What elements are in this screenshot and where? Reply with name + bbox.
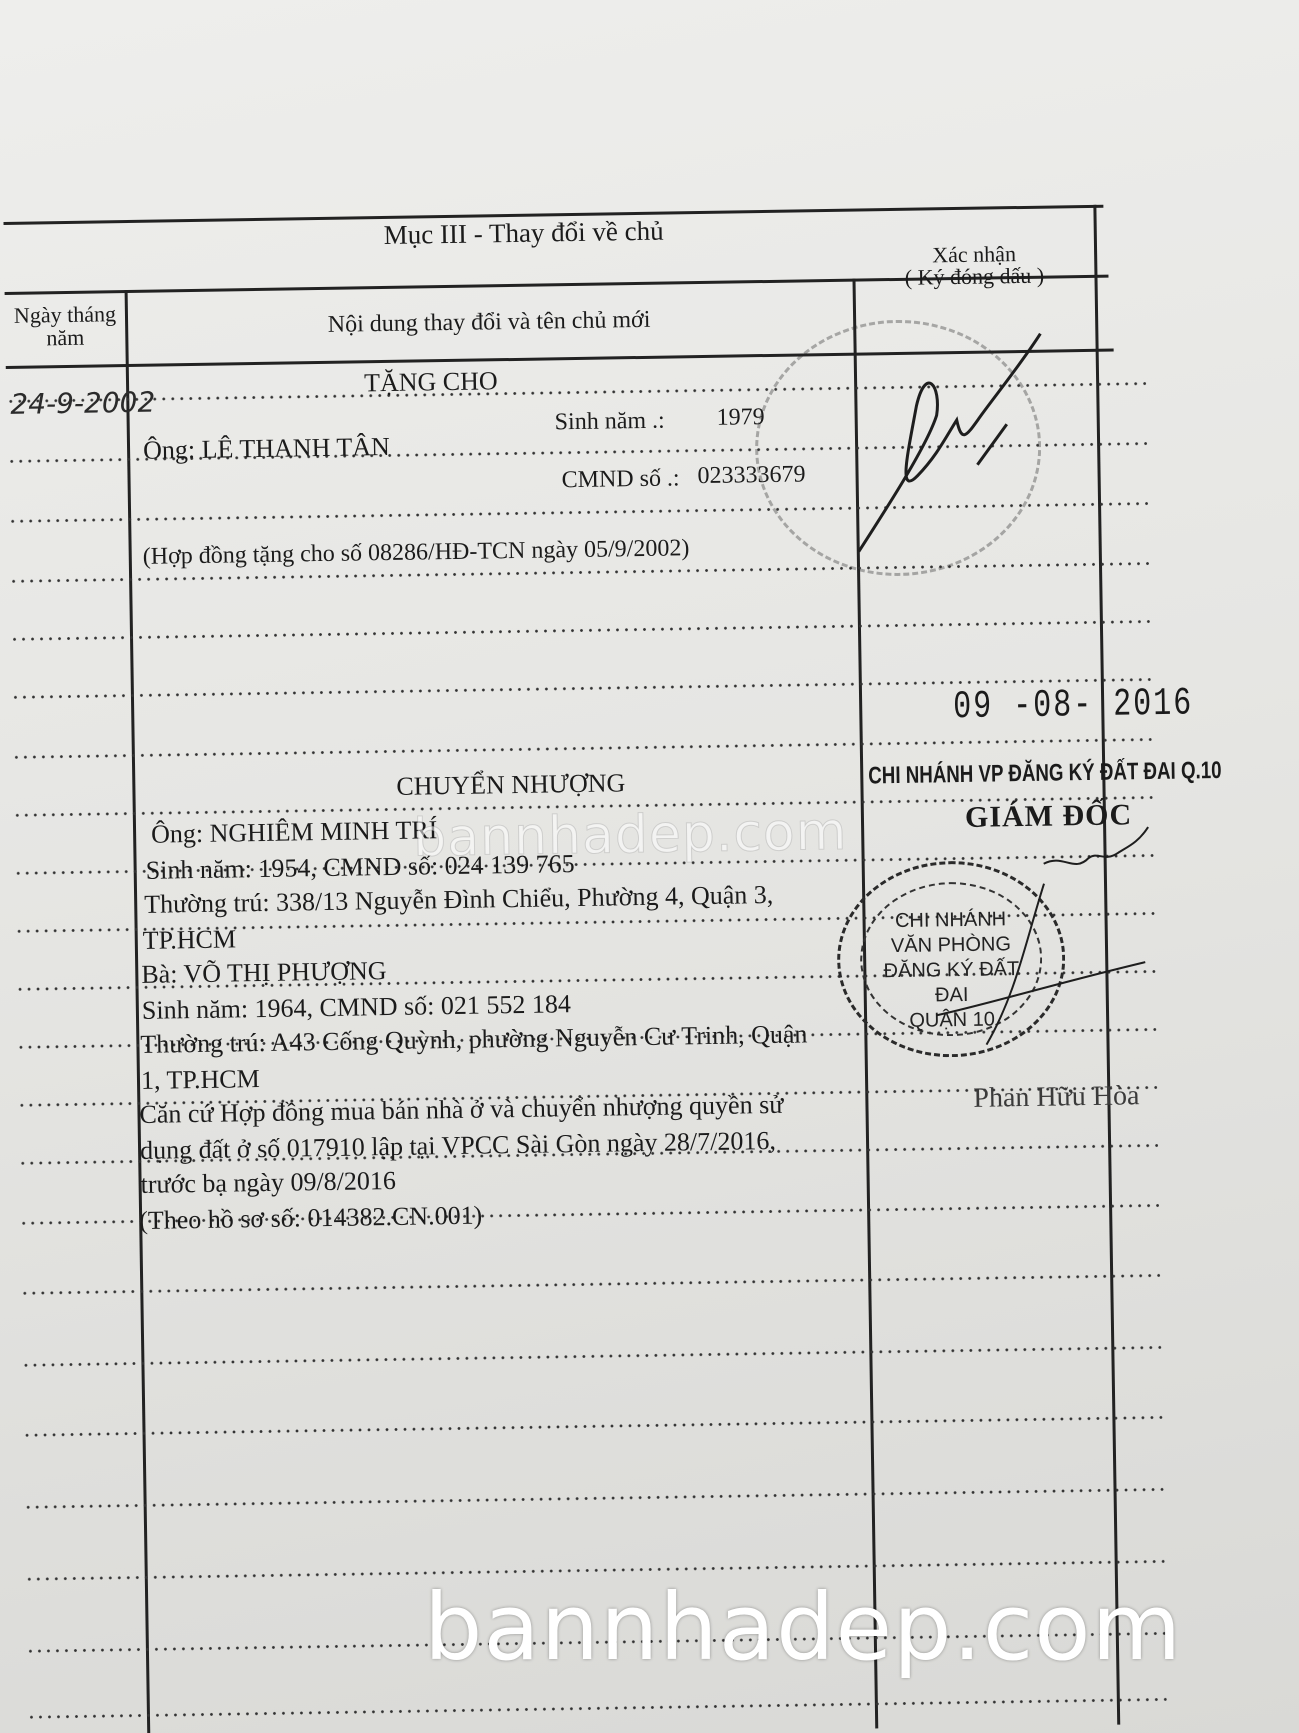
watermark-large: bannhadep.com [424,1574,1182,1681]
entry2-line: Sinh năm: 1964, CMND số: 021 552 184 [142,989,571,1026]
signature-1 [845,324,1049,557]
stamp-date: 09 -08- 2016 [953,682,1194,730]
entry2-line: trước bạ ngày 09/8/2016 [140,1166,396,1200]
entry1-birth-label: Sinh năm .: [554,408,664,437]
dotted-row-line [24,1488,1164,1509]
column-header-content: Nội dung thay đổi và tên chủ mới [125,305,853,342]
entry2-line: Căn cứ Hợp đồng mua bán nhà ở và chuyển … [139,1090,783,1130]
entry1-id-label: CMND số .: [561,465,679,494]
dotted-row-line [27,1698,1167,1719]
entry2-line: 1, TP.HCM [141,1064,260,1096]
entry1-contract: (Hợp đồng tặng cho số 08286/HĐ-TCN ngày … [143,535,690,571]
entry2-line: Thường trú: A43 Cống Quỳnh, phường Nguyễ… [140,1019,807,1059]
entry1-date: 24-9-2002 [10,386,155,421]
entry1-owner: Ông: LÊ THANH TÂN [143,432,390,466]
dotted-row-line [23,1416,1163,1437]
column-header-confirm-sub: ( Ký đóng dấu ) [854,263,1094,290]
watermark-small: bannhadep.com [413,802,848,869]
entry2-line: Bà: VÕ THỊ PHƯỢNG [141,956,387,990]
section-title: Mục III - Thay đổi về chủ [384,216,664,251]
entry2-line: Ông: NGHIÊM MINH TRÍ [151,815,438,849]
dotted-row-line [20,1274,1160,1295]
signer-name: Phan Hữu Hòa [973,1080,1140,1115]
document-photo: Mục III - Thay đổi về chủ Ngày tháng năm… [0,0,1299,1733]
entry2-line: TP.HCM [143,924,237,955]
ownership-change-table: Mục III - Thay đổi về chủ Ngày tháng năm… [0,0,1299,1733]
entry2-line: (Theo hồ sơ số: 014382.CN.001) [139,1201,483,1236]
dotted-row-line [12,738,1152,759]
signature-2 [893,822,1157,1056]
entry1-type: TẶNG CHO [364,366,498,398]
entry2-line: Thường trú: 338/13 Nguyễn Đình Chiểu, Ph… [144,880,773,920]
column-header-date: Ngày tháng năm [5,302,126,350]
dotted-row-line [21,1346,1161,1367]
entry2-type: CHUYỂN NHƯỢNG [396,768,625,802]
dotted-row-line [10,620,1150,641]
office-name: CHI NHÁNH VP ĐĂNG KÝ ĐẤT ĐAI Q.10 [868,757,1222,791]
entry2-line: dụng đất ở số 017910 lập tại VPCC Sài Gò… [140,1126,776,1166]
